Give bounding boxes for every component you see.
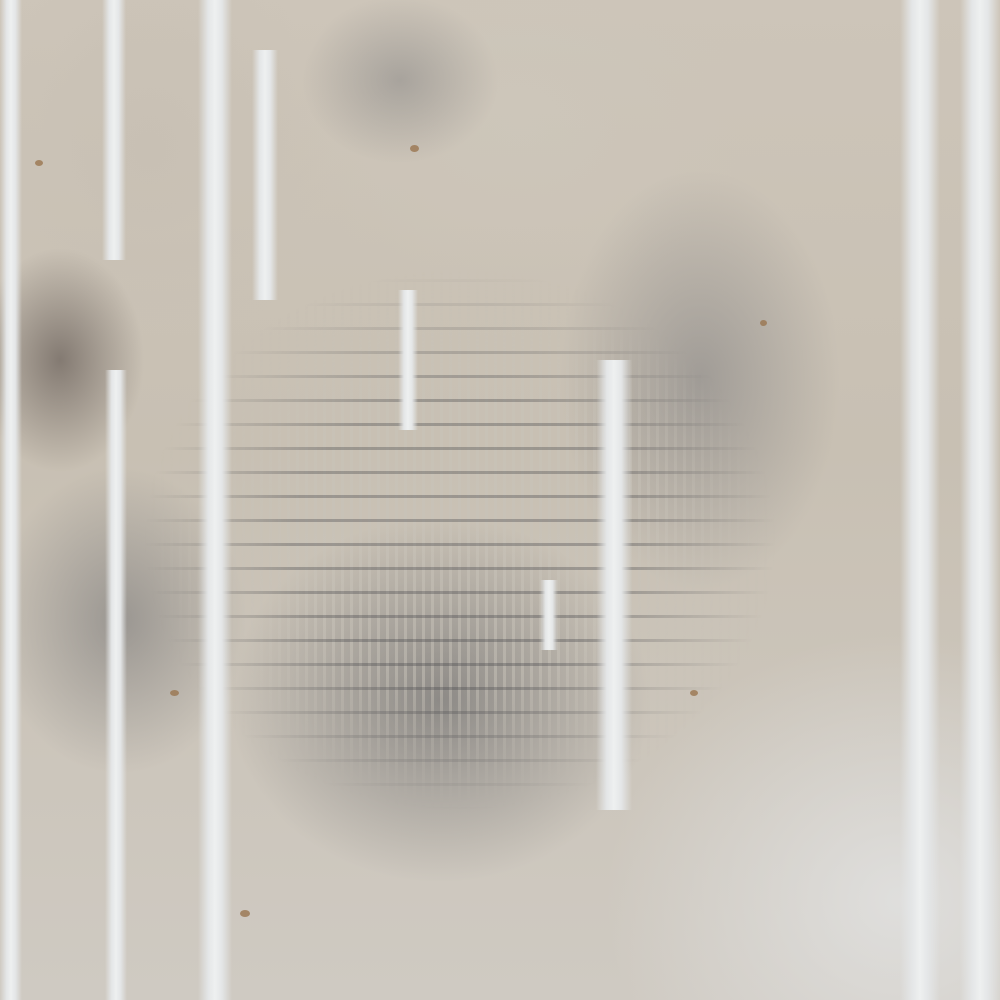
- white-stripe: [0, 0, 22, 1000]
- rust-speck: [170, 690, 179, 696]
- light-silky-area: [0, 0, 1000, 1000]
- rust-speck: [240, 910, 250, 917]
- white-stripe: [900, 0, 940, 1000]
- rust-speck: [410, 145, 419, 152]
- white-stripe: [102, 0, 126, 260]
- rust-speck: [760, 320, 767, 326]
- white-stripe: [198, 0, 232, 1000]
- white-stripe: [596, 360, 632, 810]
- white-stripe: [540, 580, 558, 650]
- rug-texture-photo: [0, 0, 1000, 1000]
- white-stripe: [105, 370, 127, 1000]
- white-stripe: [960, 0, 1000, 1000]
- white-stripe: [252, 50, 278, 300]
- white-stripe: [398, 290, 418, 430]
- rust-speck: [35, 160, 43, 166]
- rust-speck: [690, 690, 698, 696]
